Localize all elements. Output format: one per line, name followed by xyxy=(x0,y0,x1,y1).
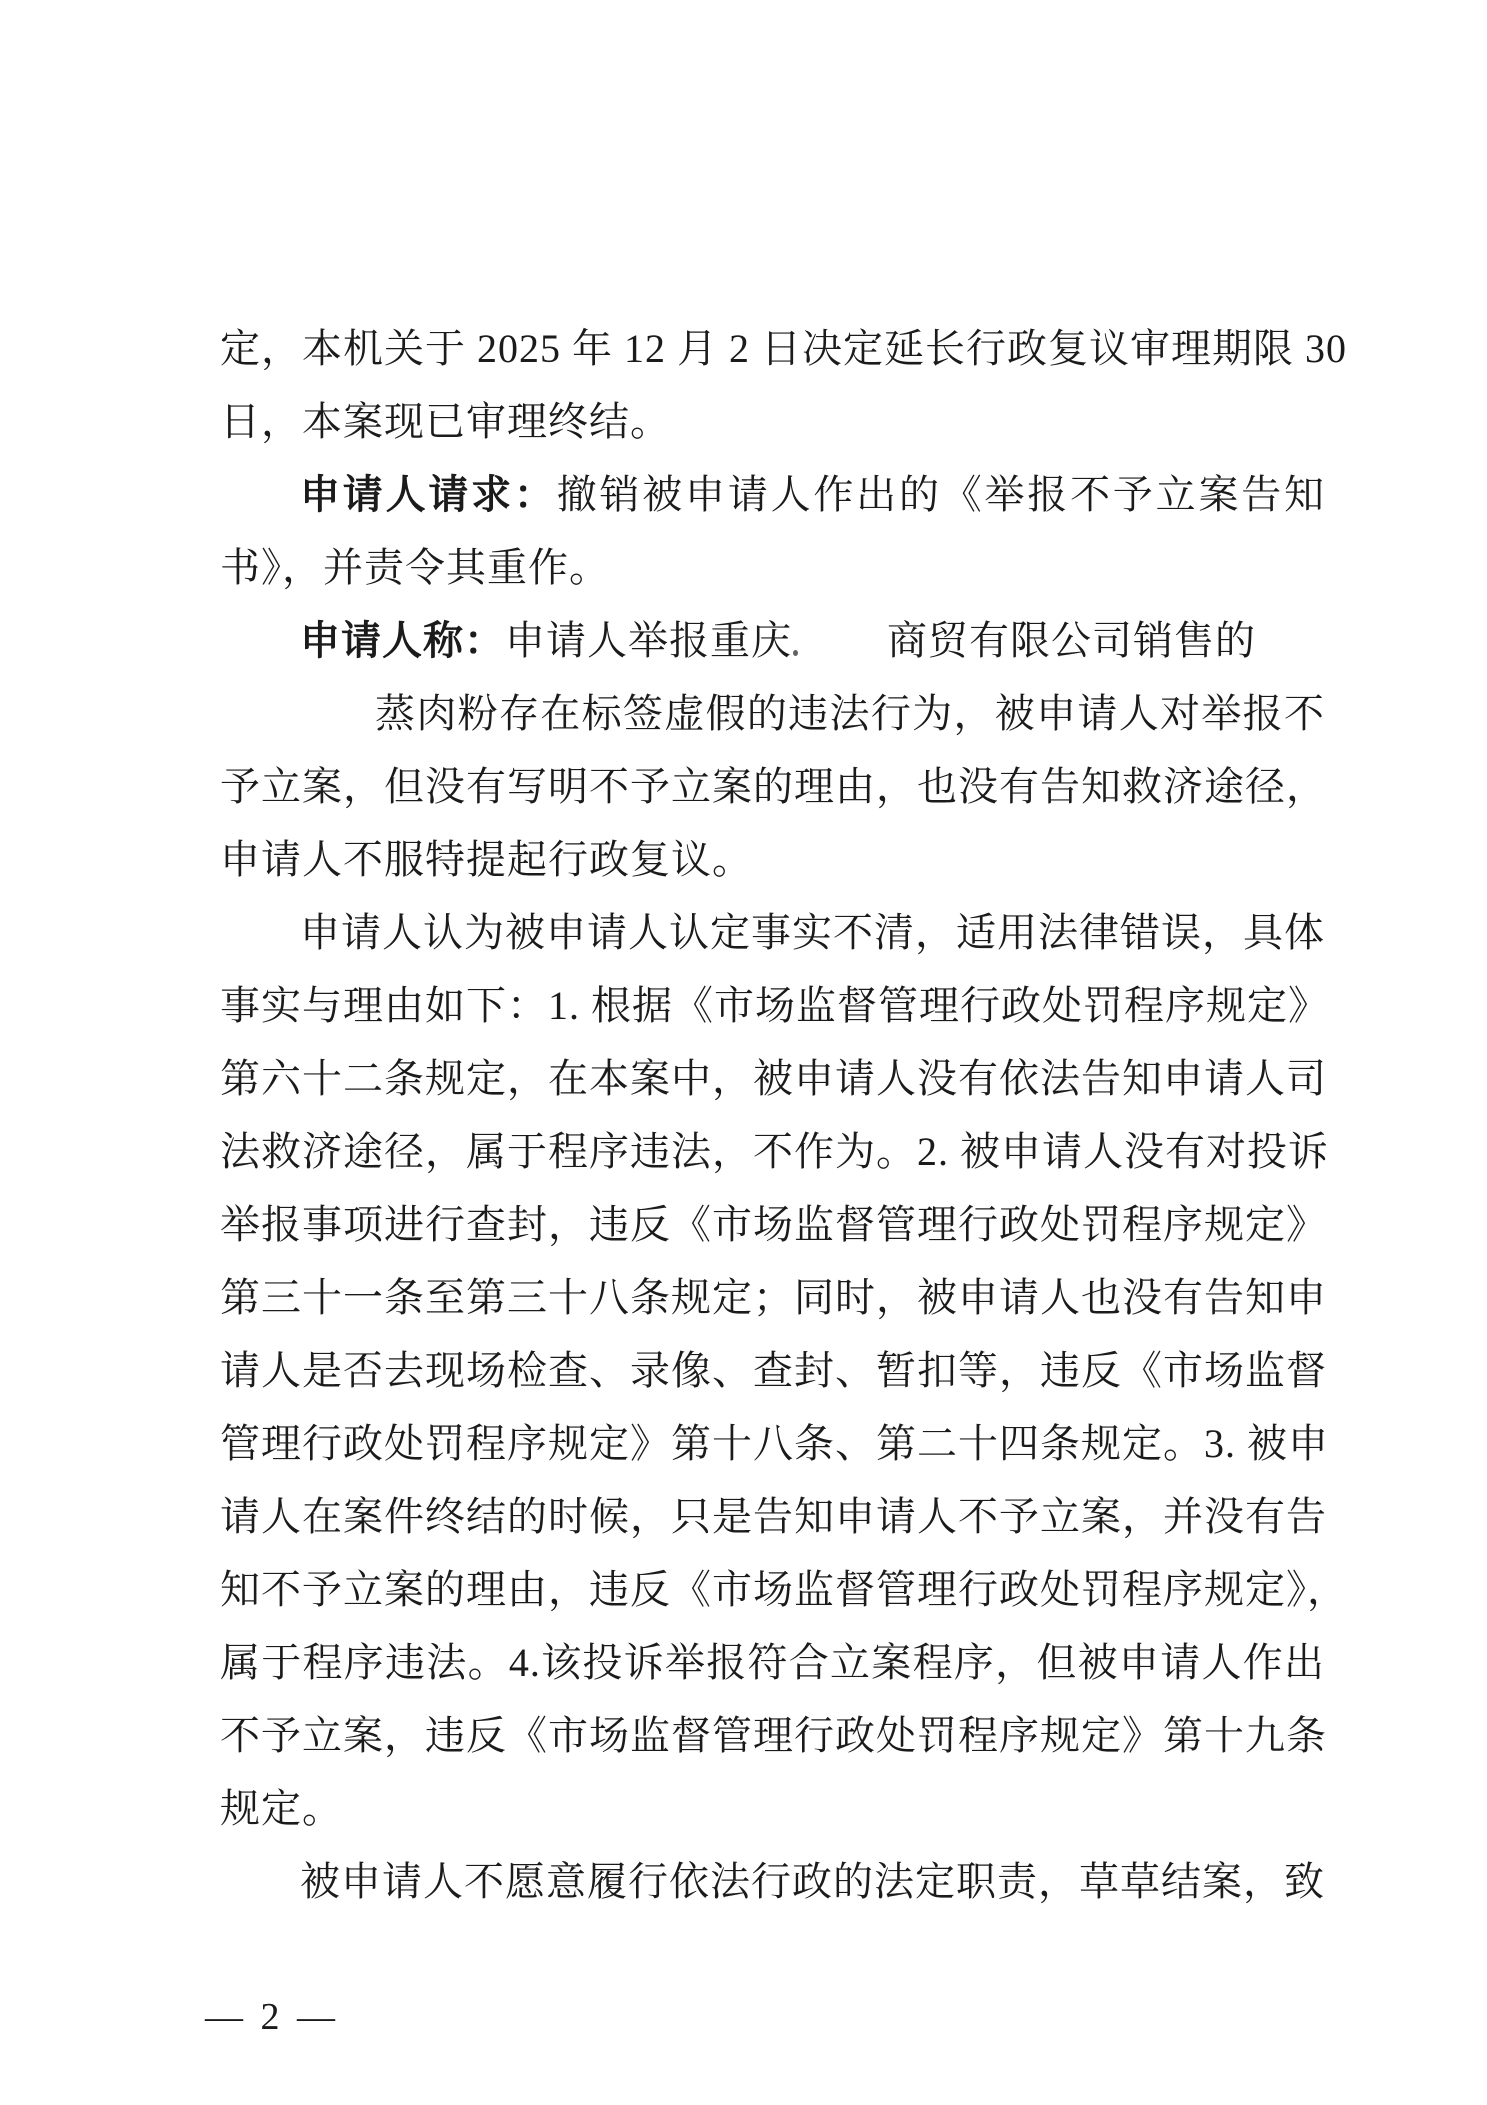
document-text-block: 定，本机关于 2025 年 12 月 2 日决定延长行政复议审理期限 30 日，… xyxy=(220,312,1325,1918)
argument-line-2: 事实与理由如下：1. 根据《市场监督管理行政处罚程序规定》 xyxy=(220,969,1325,1042)
request-line-2: 书》，并责令其重作。 xyxy=(220,531,1325,604)
claim-line-4: 申请人不服特提起行政复议。 xyxy=(220,823,1325,896)
argument-line-6: 第三十一条至第三十八条规定；同时，被申请人也没有告知申 xyxy=(220,1261,1325,1334)
request-line-1: 申请人请求：撤销被申请人作出的《举报不予立案告知 xyxy=(220,458,1325,531)
argument-line-12: 不予立案，违反《市场监督管理行政处罚程序规定》第十九条 xyxy=(220,1699,1325,1772)
claim-line-2: 蒸肉粉存在标签虚假的违法行为，被申请人对举报不 xyxy=(220,677,1325,750)
claim-line-3: 予立案，但没有写明不予立案的理由，也没有告知救济途径， xyxy=(220,750,1325,823)
argument-line-7: 请人是否去现场检查、录像、查封、暂扣等，违反《市场监督 xyxy=(220,1334,1325,1407)
claim-line-1-before-redaction: 申请人举报重庆 xyxy=(505,618,792,663)
document-page: 定，本机关于 2025 年 12 月 2 日决定延长行政复议审理期限 30 日，… xyxy=(0,0,1487,2105)
argument-line-10: 知不予立案的理由，违反《市场监督管理行政处罚程序规定》， xyxy=(220,1553,1325,1626)
intro-line-1: 定，本机关于 2025 年 12 月 2 日决定延长行政复议审理期限 30 xyxy=(220,312,1325,385)
request-line-1-text: 撤销被申请人作出的《举报不予立案告知 xyxy=(557,472,1325,517)
argument-line-3: 第六十二条规定，在本案中，被申请人没有依法告知申请人司 xyxy=(220,1042,1325,1115)
argument-line-1: 申请人认为被申请人认定事实不清，适用法律错误，具体 xyxy=(220,896,1325,969)
claim-line-1-after-redaction: 商贸有限公司销售的 xyxy=(887,618,1256,663)
intro-line-2: 日，本案现已审理终结。 xyxy=(220,385,1325,458)
redacted-company-name-gap xyxy=(792,653,887,654)
request-label: 申请人请求： xyxy=(300,472,557,517)
claim-label: 申请人称： xyxy=(300,618,505,663)
scan-artifact-dot xyxy=(793,650,798,656)
argument-line-11: 属于程序违法。4.该投诉举报符合立案程序，但被申请人作出 xyxy=(220,1626,1325,1699)
argument-line-5: 举报事项进行查封，违反《市场监督管理行政处罚程序规定》 xyxy=(220,1188,1325,1261)
claim-line-1: 申请人称：申请人举报重庆商贸有限公司销售的 xyxy=(220,604,1325,677)
argument-line-9: 请人在案件终结的时候，只是告知申请人不予立案，并没有告 xyxy=(220,1480,1325,1553)
argument-line-8: 管理行政处罚程序规定》第十八条、第二十四条规定。3. 被申 xyxy=(220,1407,1325,1480)
closing-line-1: 被申请人不愿意履行依法行政的法定职责，草草结案，致 xyxy=(220,1845,1325,1918)
argument-line-4: 法救济途径，属于程序违法，不作为。2. 被申请人没有对投诉 xyxy=(220,1115,1325,1188)
argument-line-13: 规定。 xyxy=(220,1772,1325,1845)
page-number: — 2 — xyxy=(205,1995,339,2039)
